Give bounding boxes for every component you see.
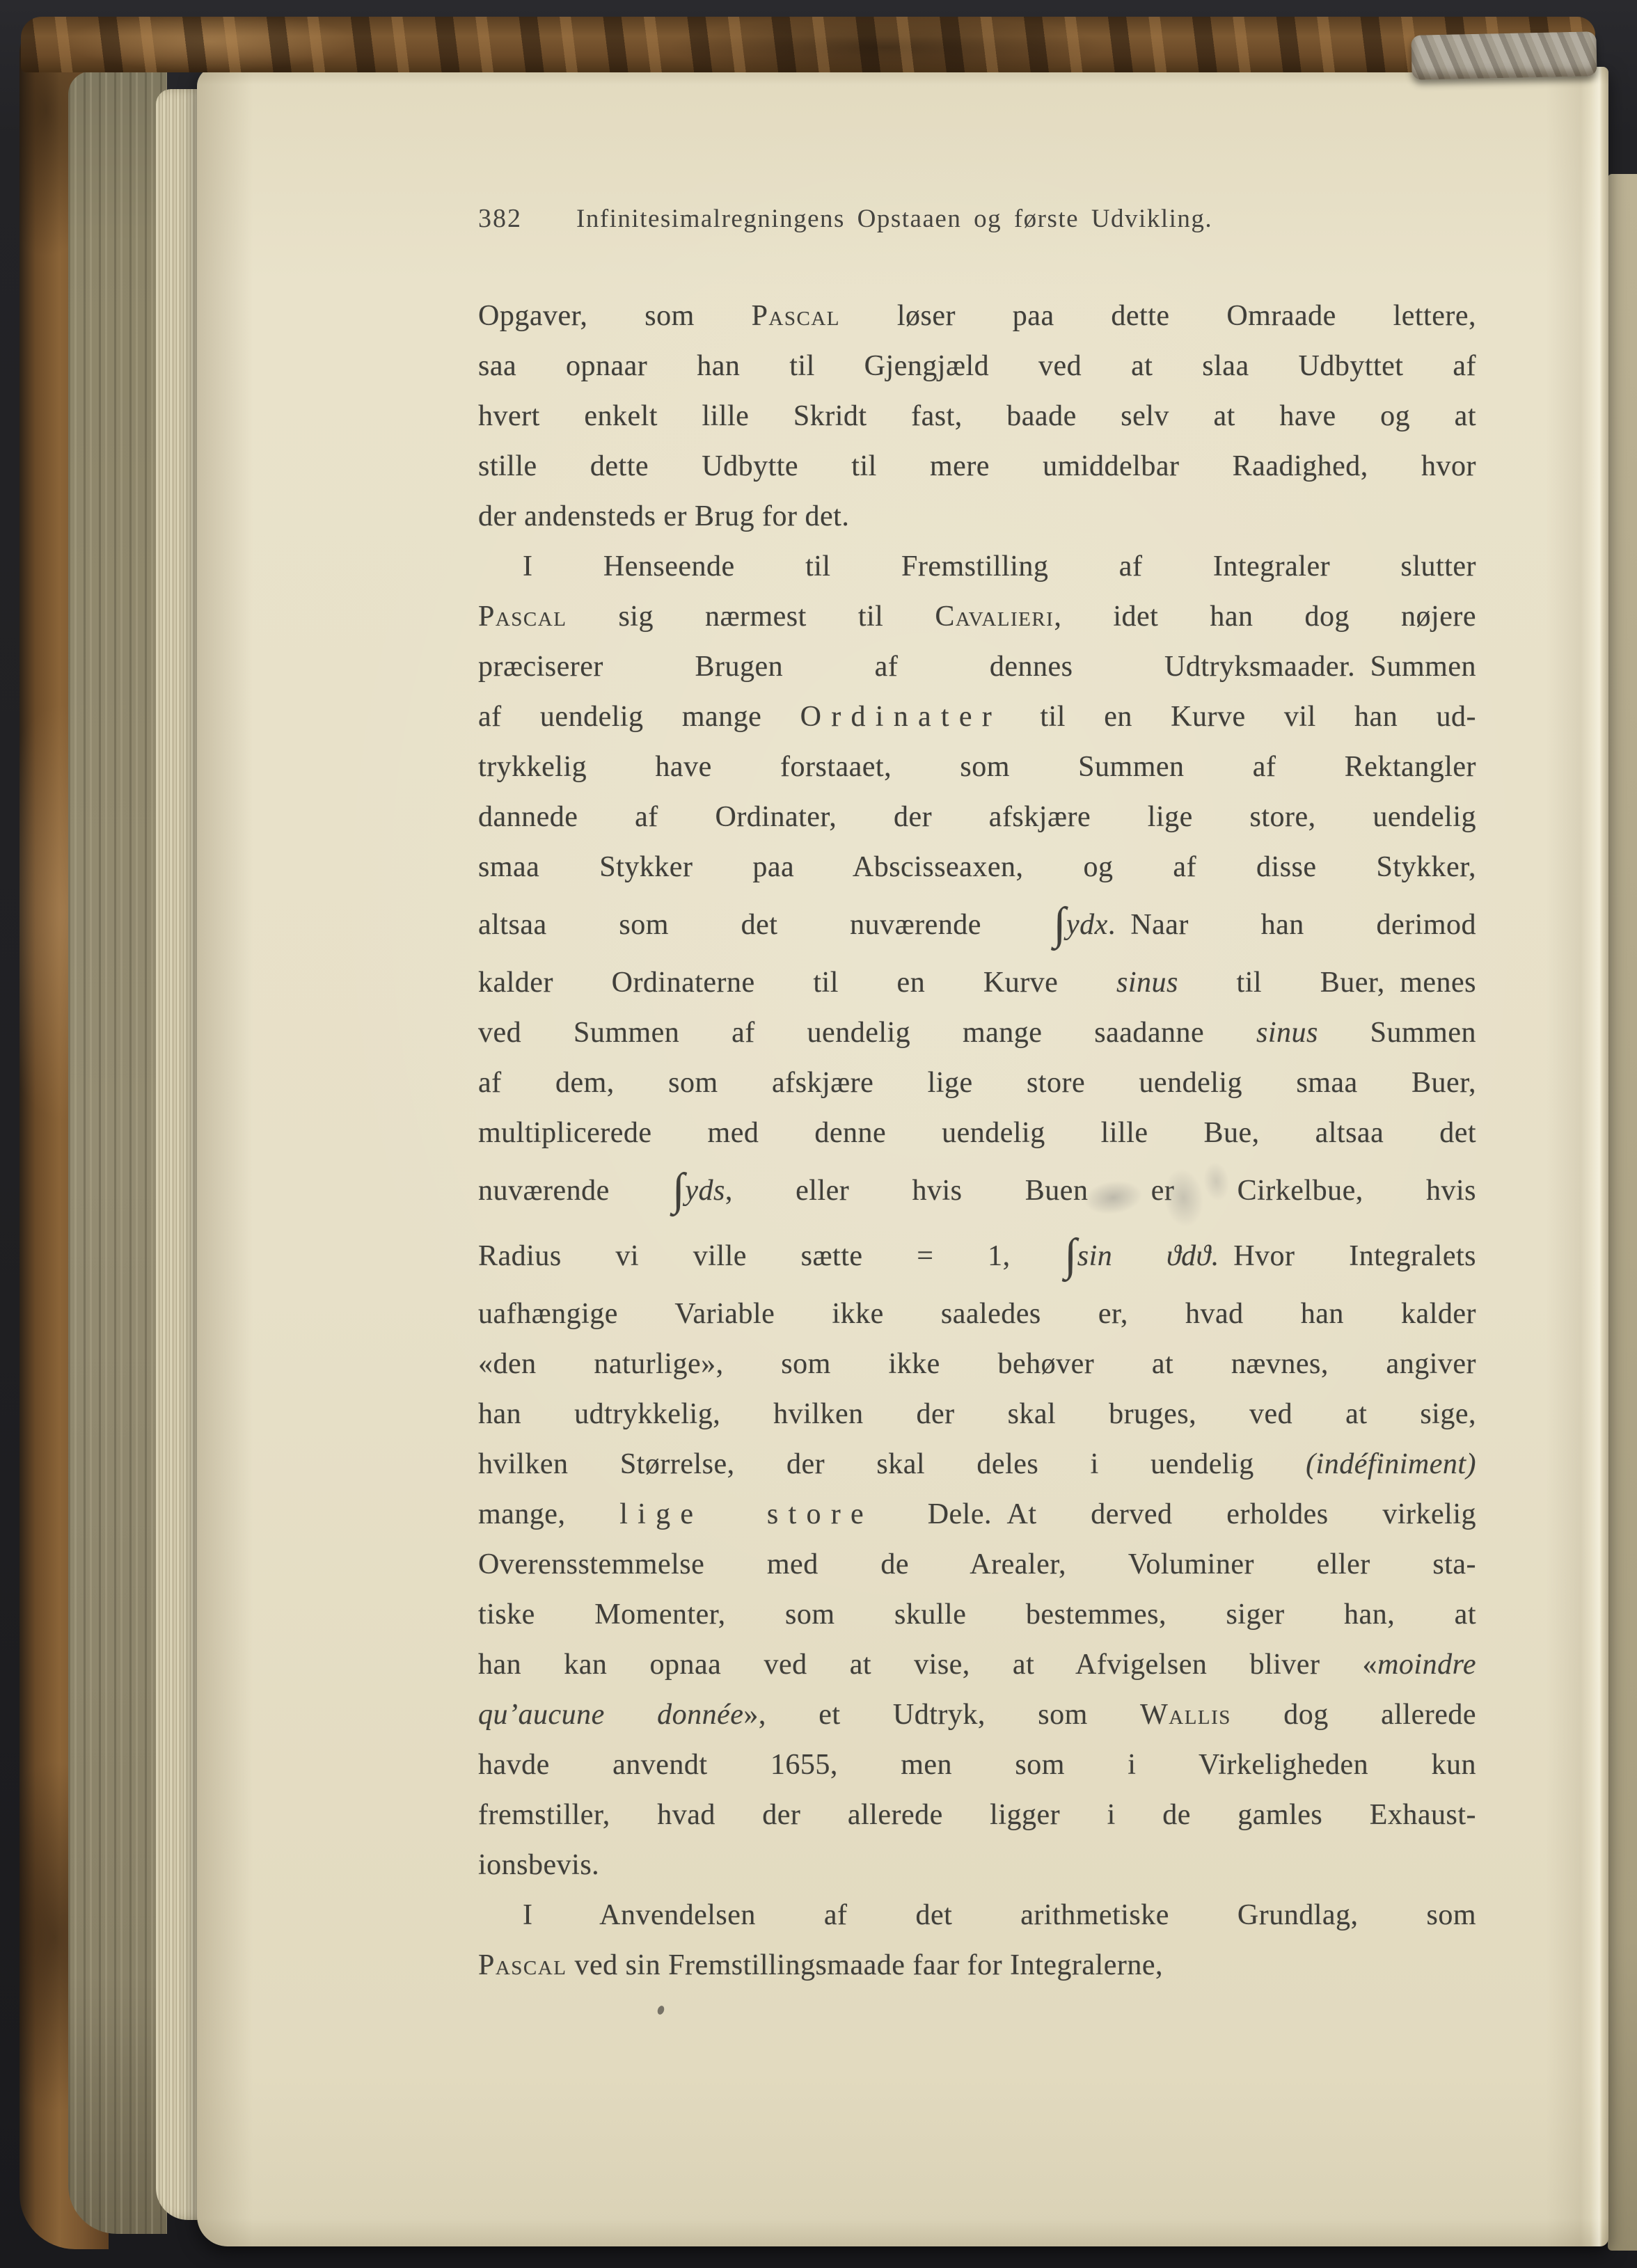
text-line: uafhængige Variable ikke saaledes er, hv…: [478, 1289, 1476, 1339]
headband: [1411, 31, 1597, 80]
ink-speck: [656, 2005, 665, 2015]
text-segment: stille dette Udbytte til mere umiddelbar…: [478, 450, 1476, 482]
text-line: ved Summen af uendelig mange saadanne si…: [478, 1008, 1476, 1058]
text-segment: havde anvendt 1655, men som i Virkelighe…: [478, 1749, 1476, 1781]
text-line: dannede af Ordinater, der afskjære lige …: [478, 792, 1476, 842]
text-segment: løser paa dette Omraade lettere,: [840, 300, 1476, 332]
text-segment: uafhængige Variable ikke saaledes er, hv…: [478, 1298, 1476, 1330]
text-segment: ydx: [1066, 909, 1108, 941]
text-segment: hvilken Størrelse, der skal deles i uend…: [478, 1448, 1306, 1480]
running-title: Infinitesimalregningens Opstaaen og førs…: [576, 205, 1212, 233]
page-number: 382: [478, 204, 522, 233]
text-line: præciserer Brugen af dennes Udtryksmaade…: [478, 642, 1476, 692]
text-segment: han kan opnaa ved at vise, at Afvigelsen…: [478, 1649, 1377, 1681]
text-segment: smaa Stykker paa Abscisseaxen, og af dis…: [478, 851, 1476, 883]
text-segment: dog allerede: [1231, 1699, 1476, 1731]
text-line: altsaa som det nuværende ∫ydx. Naar han …: [478, 892, 1476, 958]
text-segment: dannede af Ordinater, der afskjære lige …: [478, 801, 1476, 833]
text-line: tiske Momenter, som skulle bestemmes, si…: [478, 1589, 1476, 1640]
page-block-edge: [68, 71, 167, 2234]
text-line: der andensteds er Brug for det.: [478, 491, 1476, 541]
text-segment: Overensstemmelse med de Arealer, Volumin…: [478, 1548, 1476, 1580]
text-segment: mange,: [478, 1498, 619, 1530]
text-line: «den naturlige», som ikke behøver at næv…: [478, 1339, 1476, 1389]
text-segment: han udtrykkelig, hvilken der skal bruges…: [478, 1398, 1476, 1430]
text-segment: yds: [685, 1175, 725, 1207]
text-segment: saa opnaar han til Gjengjæld ved at slaa…: [478, 350, 1476, 382]
text-line: mange, lige store Dele. At derved erhold…: [478, 1489, 1476, 1539]
text-segment: nuværende: [478, 1175, 672, 1207]
text-line: han kan opnaa ved at vise, at Afvigelsen…: [478, 1640, 1476, 1690]
book-scan-scene: 382Infinitesimalregningens Opstaaen og f…: [0, 0, 1637, 2268]
text-segment: fremstiller, hvad der allerede ligger i …: [478, 1799, 1476, 1831]
text-segment: trykkelig have forstaaet, som Summen af …: [478, 751, 1476, 783]
text-segment: af uendelig mange: [478, 701, 800, 733]
text-segment: tiske Momenter, som skulle bestemmes, si…: [478, 1599, 1476, 1631]
text-segment: ved sin Fremstillingsmaade faar for Inte…: [567, 1949, 1163, 1981]
text-segment: , idet han dog nøjere: [1054, 601, 1476, 633]
text-segment: sin ϑdϑ: [1077, 1240, 1211, 1272]
text-segment: I Anvendelsen af det arithmetiske Grundl…: [523, 1899, 1476, 1931]
text-line: hvert enkelt lille Skridt fast, baade se…: [478, 391, 1476, 441]
text-line: saa opnaar han til Gjengjæld ved at slaa…: [478, 341, 1476, 391]
text-line: kalder Ordinaterne til en Kurve sinus ti…: [478, 958, 1476, 1008]
text-segment: ionsbevis.: [478, 1849, 599, 1881]
text-segment: qu’aucune donnée: [478, 1699, 743, 1731]
text-line: multiplicerede med denne uendelig lille …: [478, 1108, 1476, 1158]
text-line: af dem, som afskjære lige store uendelig…: [478, 1058, 1476, 1108]
text-segment: moindre: [1377, 1649, 1476, 1681]
integral-sign: ∫: [1054, 899, 1066, 949]
text-segment: », et Udtryk, som: [743, 1699, 1140, 1731]
text-line: Opgaver, som Pascal løser paa dette Omra…: [478, 291, 1476, 341]
text-segment: sinus: [1256, 1017, 1318, 1049]
text-line: Pascal ved sin Fremstillingsmaade faar f…: [478, 1940, 1476, 1990]
text-line: I Anvendelsen af det arithmetiske Grundl…: [478, 1890, 1476, 1940]
text-line: Overensstemmelse med de Arealer, Volumin…: [478, 1539, 1476, 1589]
text-segment: sinus: [1116, 967, 1178, 999]
text-line: qu’aucune donnée», et Udtryk, som Wallis…: [478, 1690, 1476, 1740]
next-page-edge-sliver: [1608, 174, 1637, 2251]
text-segment: Cavalieri: [935, 601, 1054, 633]
text-segment: altsaa som det nuværende: [478, 909, 1054, 941]
text-segment: Pascal: [752, 300, 840, 332]
text-line: af uendelig mange Ordinater til en Kurve…: [478, 692, 1476, 742]
integral-sign: ∫: [1064, 1230, 1077, 1280]
book-page: 382Infinitesimalregningens Opstaaen og f…: [197, 67, 1608, 2246]
text-line: ionsbevis.: [478, 1840, 1476, 1890]
integral-sign: ∫: [672, 1165, 685, 1215]
text-segment: til en Kurve vil han ud-: [1002, 701, 1476, 733]
text-segment: hvert enkelt lille Skridt fast, baade se…: [478, 400, 1476, 432]
text-line: nuværende ∫yds, eller hvis Buen er Cirke…: [478, 1158, 1476, 1223]
text-segment: Pascal: [478, 1949, 567, 1981]
text-line: hvilken Størrelse, der skal deles i uend…: [478, 1439, 1476, 1489]
text-line: fremstiller, hvad der allerede ligger i …: [478, 1790, 1476, 1840]
text-segment: sig nærmest til: [567, 601, 935, 633]
text-segment: Radius vi ville sætte = 1,: [478, 1240, 1064, 1272]
text-segment: . Hvor Integralets: [1211, 1240, 1476, 1272]
text-segment: kalder Ordinaterne til en Kurve: [478, 967, 1116, 999]
text-segment: af dem, som afskjære lige store uendelig…: [478, 1067, 1476, 1099]
text-line: trykkelig have forstaaet, som Summen af …: [478, 742, 1476, 792]
text-segment: I Henseende til Fremstilling af Integral…: [523, 550, 1476, 582]
text-segment: , eller hvis Buen er Cirkelbue, hvis: [725, 1175, 1476, 1207]
text-segment: Pascal: [478, 601, 567, 633]
text-line: Pascal sig nærmest til Cavalieri, idet h…: [478, 592, 1476, 642]
leather-cover-top-edge: [21, 17, 1595, 72]
text-segment: Opgaver, som: [478, 300, 752, 332]
text-segment: Ordinater: [800, 701, 1002, 733]
text-segment: til Buer, menes: [1178, 967, 1476, 999]
text-segment: multiplicerede med denne uendelig lille …: [478, 1117, 1476, 1149]
text-segment: præciserer Brugen af dennes Udtryksmaade…: [478, 651, 1476, 683]
running-header: 382Infinitesimalregningens Opstaaen og f…: [478, 203, 1478, 234]
text-segment: (indéfiniment): [1306, 1448, 1476, 1480]
text-line: stille dette Udbytte til mere umiddelbar…: [478, 441, 1476, 491]
text-segment: ved Summen af uendelig mange saadanne: [478, 1017, 1256, 1049]
text-line: smaa Stykker paa Abscisseaxen, og af dis…: [478, 842, 1476, 892]
text-segment: der andensteds er Brug for det.: [478, 500, 849, 532]
text-segment: . Naar han derimod: [1108, 909, 1476, 941]
text-line: havde anvendt 1655, men som i Virkelighe…: [478, 1740, 1476, 1790]
text-line: I Henseende til Fremstilling af Integral…: [478, 541, 1476, 592]
text-segment: Wallis: [1140, 1699, 1231, 1731]
text-segment: Summen: [1318, 1017, 1476, 1049]
text-line: han udtrykkelig, hvilken der skal bruges…: [478, 1389, 1476, 1439]
text-segment: Dele. At derved erholdes virkelig: [873, 1498, 1476, 1530]
text-segment: «den naturlige», som ikke behøver at næv…: [478, 1348, 1476, 1380]
text-line: Radius vi ville sætte = 1, ∫sin ϑdϑ. Hvo…: [478, 1223, 1476, 1289]
text-segment: lige store: [619, 1498, 873, 1530]
text-block: Opgaver, som Pascal løser paa dette Omra…: [478, 291, 1476, 1990]
